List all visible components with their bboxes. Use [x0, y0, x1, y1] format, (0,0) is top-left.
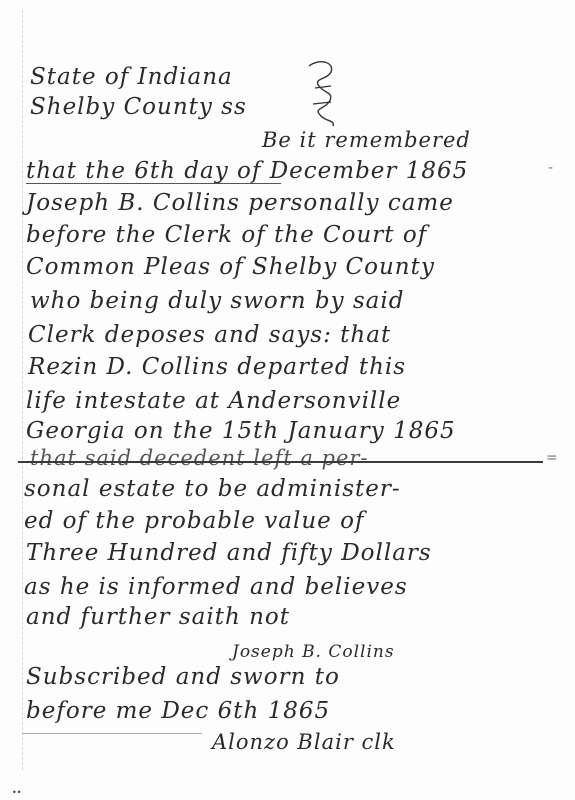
body-line-6: Clerk deposes and says: that: [28, 322, 391, 348]
line-end-dash: -: [548, 160, 553, 176]
strikethrough-line: [18, 461, 543, 463]
paper-specks: ••: [12, 788, 21, 797]
body-line-10-struck: that said decedent left a per-: [30, 446, 369, 470]
body-line-4: Common Pleas of Shelby County: [26, 254, 435, 280]
line-end-dash: =: [546, 450, 558, 466]
body-line-5: who being duly sworn by said: [30, 288, 404, 314]
body-line-11: sonal estate to be administer-: [24, 476, 401, 502]
margin-rule: [22, 10, 24, 770]
body-line-2: Joseph B. Collins personally came: [26, 190, 454, 216]
jurat-line-1: before me Dec 6th 1865: [26, 698, 330, 724]
body-line-12: ed of the probable value of: [24, 508, 364, 534]
heading-state: State of Indiana: [30, 64, 233, 90]
body-line-15: and further saith not: [26, 604, 290, 630]
heading-county: Shelby County ss: [30, 94, 247, 120]
body-line-9: Georgia on the 15th January 1865: [26, 418, 456, 444]
body-line-3: before the Clerk of the Court of: [26, 222, 427, 248]
dotted-rule: [22, 733, 202, 734]
body-line-8: life intestate at Andersonville: [26, 388, 401, 414]
body-line-1: that the 6th day of December 1865: [26, 158, 468, 184]
body-line-7: Rezin D. Collins departed this: [28, 354, 406, 380]
document-page: State of Indiana Shelby County ss Be it …: [0, 0, 575, 800]
jurat-line-0: Subscribed and sworn to: [26, 664, 340, 690]
body-line-0: Be it remembered: [262, 128, 471, 152]
clerk-signature: Alonzo Blair clk: [212, 730, 396, 754]
affiant-signature: Joseph B. Collins: [232, 642, 395, 662]
body-line-14: as he is informed and believes: [24, 574, 408, 600]
date-underline: [26, 183, 281, 184]
ss-flourish-mark: [305, 58, 341, 128]
body-line-13: Three Hundred and fifty Dollars: [26, 540, 432, 566]
